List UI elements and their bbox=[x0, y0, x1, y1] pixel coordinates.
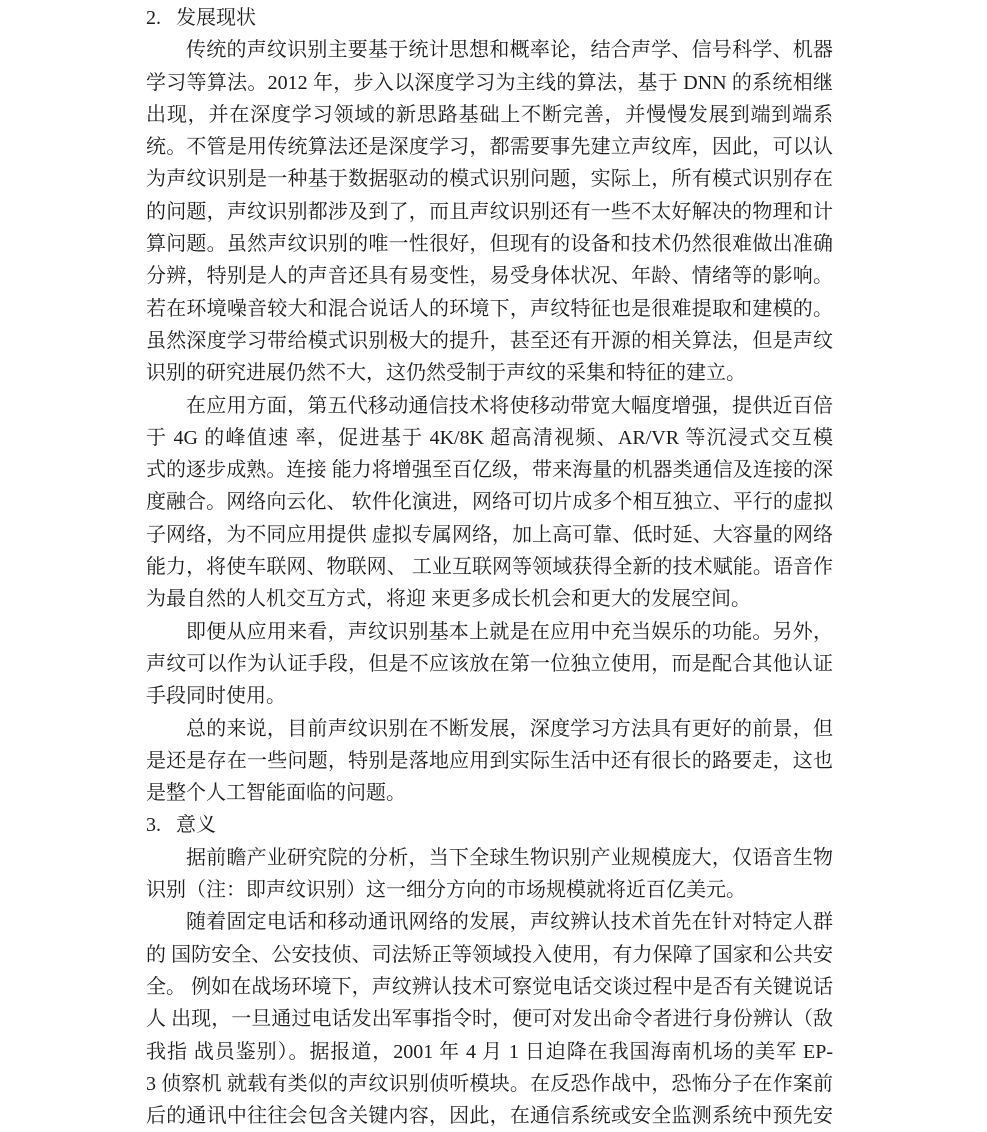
text-line: 在应用方面，第五代移动通信技术将使移动带宽大幅度增强，提供近百倍 bbox=[146, 390, 833, 422]
text-line: 3 侦察机 就载有类似的声纹识别侦听模块。在反恐作战中，恐怖分子在作案前 bbox=[146, 1068, 833, 1100]
text-line: 传统的声纹识别主要基于统计思想和概率论，结合声学、信号科学、机器 bbox=[146, 34, 833, 66]
section-heading: 2. 发展现状 bbox=[146, 2, 833, 34]
text-line: 是还是存在一些问题，特别是落地应用到实际生活中还有很长的路要走，这也 bbox=[146, 745, 833, 777]
text-line: 为声纹识别是一种基于数据驱动的模式识别问题，实际上，所有模式识别存在 bbox=[146, 163, 833, 195]
text-line: 手段同时使用。 bbox=[146, 680, 833, 712]
text-line: 全。 例如在战场环境下，声纹辨认技术可察觉电话交谈过程中是否有关键说话 bbox=[146, 971, 833, 1003]
text-line: 识别的研究进展仍然不大，这仍然受制于声纹的采集和特征的建立。 bbox=[146, 357, 833, 389]
text-line: 据前瞻产业研究院的分析，当下全球生物识别产业规模庞大，仅语音生物 bbox=[146, 842, 833, 874]
text-line: 的 国防安全、公安技侦、司法矫正等领域投入使用，有力保障了国家和公共安 bbox=[146, 939, 833, 971]
document-page: 2. 发展现状传统的声纹识别主要基于统计思想和概率论，结合声学、信号科学、机器学… bbox=[0, 0, 987, 1132]
text-line: 人 出现，一旦通过电话发出军事指令时，便可对发出命令者进行身份辨认（敌 bbox=[146, 1003, 833, 1035]
document-text-block: 2. 发展现状传统的声纹识别主要基于统计思想和概率论，结合声学、信号科学、机器学… bbox=[146, 2, 833, 1132]
text-line: 即便从应用来看，声纹识别基本上就是在应用中充当娱乐的功能。另外， bbox=[146, 616, 833, 648]
text-line: 的问题，声纹识别都涉及到了，而且声纹识别还有一些不太好解决的物理和计 bbox=[146, 196, 833, 228]
text-line: 若在环境噪音较大和混合说话人的环境下，声纹特征也是很难提取和建模的。 bbox=[146, 293, 833, 325]
text-line: 统。不管是用传统算法还是深度学习，都需要事先建立声纹库，因此，可以认 bbox=[146, 131, 833, 163]
text-line: 虽然深度学习带给模式识别极大的提升，甚至还有开源的相关算法，但是声纹 bbox=[146, 325, 833, 357]
section-heading: 3. 意义 bbox=[146, 809, 833, 841]
text-line: 总的来说，目前声纹识别在不断发展，深度学习方法具有更好的前景，但 bbox=[146, 713, 833, 745]
text-line: 算问题。虽然声纹识别的唯一性很好，但现有的设备和技术仍然很难做出准确 bbox=[146, 228, 833, 260]
text-line: 子网络，为不同应用提供 虚拟专属网络，加上高可靠、低时延、大容量的网络 bbox=[146, 519, 833, 551]
text-line: 是整个人工智能面临的问题。 bbox=[146, 777, 833, 809]
text-line: 后的通讯中往往会包含关键内容，因此，在通信系统或安全监测系统中预先安 bbox=[146, 1100, 833, 1132]
text-line: 为最自然的人机交互方式，将迎 来更多成长机会和更大的发展空间。 bbox=[146, 583, 833, 615]
text-line: 声纹可以作为认证手段，但是不应该放在第一位独立使用，而是配合其他认证 bbox=[146, 648, 833, 680]
text-line: 式的逐步成熟。连接 能力将增强至百亿级，带来海量的机器类通信及连接的深 bbox=[146, 454, 833, 486]
text-line: 分辨，特别是人的声音还具有易变性，易受身体状况、年龄、情绪等的影响。 bbox=[146, 260, 833, 292]
text-line: 出现，并在深度学习领域的新思路基础上不断完善，并慢慢发展到端到端系 bbox=[146, 99, 833, 131]
text-line: 识别（注：即声纹识别）这一细分方向的市场规模就将近百亿美元。 bbox=[146, 874, 833, 906]
text-line: 度融合。网络向云化、 软件化演进，网络可切片成多个相互独立、平行的虚拟 bbox=[146, 486, 833, 518]
text-line: 随着固定电话和移动通讯网络的发展，声纹辨认技术首先在针对特定人群 bbox=[146, 906, 833, 938]
text-line: 于 4G 的峰值速 率，促进基于 4K/8K 超高清视频、AR/VR 等沉浸式交… bbox=[146, 422, 833, 454]
text-line: 学习等算法。2012 年，步入以深度学习为主线的算法，基于 DNN 的系统相继 bbox=[146, 67, 833, 99]
text-line: 我指 战员鉴别）。据报道，2001 年 4 月 1 日迫降在我国海南机场的美军 … bbox=[146, 1036, 833, 1068]
text-line: 能力，将使车联网、物联网、 工业互联网等领域获得全新的技术赋能。语音作 bbox=[146, 551, 833, 583]
